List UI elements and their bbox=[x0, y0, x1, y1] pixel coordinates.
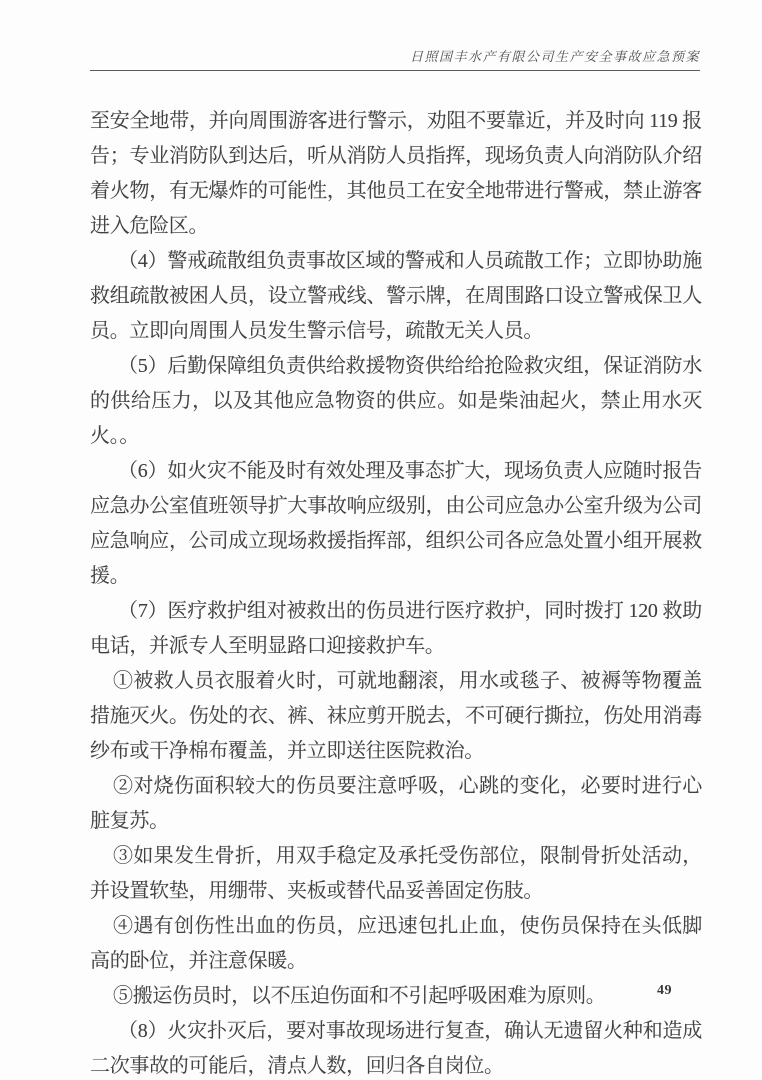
paragraph-item-8: （8）火灾扑灭后，要对事故现场进行复查，确认无遗留火种和造成二次事故的可能后，清… bbox=[90, 1014, 702, 1080]
document-page: 日照国丰水产有限公司生产安全事故应急预案 至安全地带，并向周围游客进行警示，劝阻… bbox=[0, 0, 762, 1080]
paragraph-circled-1: ①被救人员衣服着火时，可就地翻滚，用水或毯子、被褥等物覆盖措施灭火。伤处的衣、裤… bbox=[90, 664, 702, 769]
paragraph-circled-3: ③如果发生骨折，用双手稳定及承托受伤部位，限制骨折处活动，并设置软垫，用绷带、夹… bbox=[90, 839, 702, 909]
page-number: 49 bbox=[657, 983, 672, 999]
header-title: 日照国丰水产有限公司生产安全事故应急预案 bbox=[410, 46, 700, 65]
paragraph-item-5: （5）后勤保障组负责供给救援物资供给给抢险救灾组，保证消防水的供给压力，以及其他… bbox=[90, 349, 702, 454]
paragraph-continuation: 至安全地带，并向周围游客进行警示，劝阻不要靠近，并及时向 119 报告；专业消防… bbox=[90, 104, 702, 244]
paragraph-item-7: （7）医疗救护组对被救出的伤员进行医疗救护，同时拨打 120 救助电话，并派专人… bbox=[90, 594, 702, 664]
paragraph-circled-4: ④遇有创伤性出血的伤员，应迅速包扎止血，使伤员保持在头低脚高的卧位，并注意保暖。 bbox=[90, 909, 702, 979]
paragraph-item-4: （4）警戒疏散组负责事故区域的警戒和人员疏散工作；立即协助施救组疏散被困人员，设… bbox=[90, 244, 702, 349]
header-rule bbox=[90, 70, 700, 71]
paragraph-item-6: （6）如火灾不能及时有效处理及事态扩大，现场负责人应随时报告应急办公室值班领导扩… bbox=[90, 454, 702, 594]
document-body: 至安全地带，并向周围游客进行警示，劝阻不要靠近，并及时向 119 报告；专业消防… bbox=[90, 104, 702, 1080]
paragraph-circled-5: ⑤搬运伤员时，以不压迫伤面和不引起呼吸困难为原则。 bbox=[90, 979, 702, 1014]
paragraph-circled-2: ②对烧伤面积较大的伤员要注意呼吸，心跳的变化，必要时进行心脏复苏。 bbox=[90, 769, 702, 839]
